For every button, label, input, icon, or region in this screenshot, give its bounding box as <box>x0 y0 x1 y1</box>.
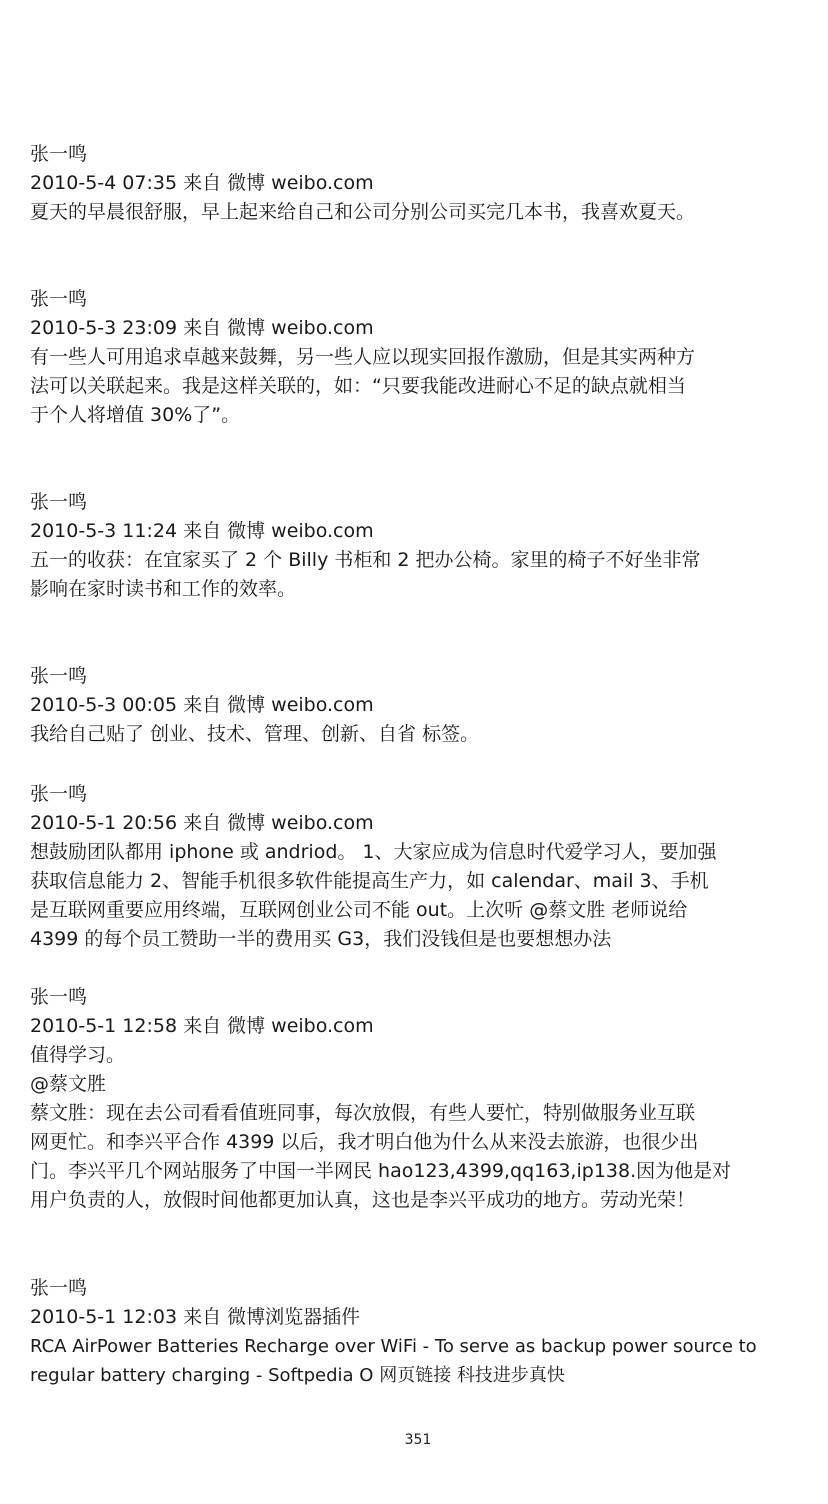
post-author: 张一鸣 <box>30 285 810 314</box>
post-body-line: 蔡文胜：现在去公司看看值班同事，每次放假，有些人要忙，特别做服务业互联 <box>30 1099 810 1128</box>
post: 张一鸣 2010-5-1 12:58 来自 微博 weibo.com 值得学习。… <box>30 983 810 1215</box>
post-meta: 2010-5-3 23:09 来自 微博 weibo.com <box>30 314 810 343</box>
post-body-line: 法可以关联起来。我是这样关联的，如：“只要我能改进耐心不足的缺点就相当 <box>30 372 810 401</box>
post-author: 张一鸣 <box>30 780 810 809</box>
page-number: 351 <box>0 1432 828 1448</box>
post: 张一鸣 2010-5-4 07:35 来自 微博 weibo.com 夏天的早晨… <box>30 140 810 227</box>
post-meta: 2010-5-3 00:05 来自 微博 weibo.com <box>30 691 810 720</box>
post-author: 张一鸣 <box>30 983 810 1012</box>
post-author: 张一鸣 <box>30 140 810 169</box>
post-body-line: 于个人将增值 30%了”。 <box>30 401 810 430</box>
post-body-line: 有一些人可用追求卓越来鼓舞，另一些人应以现实回报作激励，但是其实两种方 <box>30 343 810 372</box>
mention-link[interactable]: @蔡文胜 <box>30 1070 810 1099</box>
post: 张一鸣 2010-5-1 20:56 来自 微博 weibo.com 想鼓励团队… <box>30 780 810 954</box>
post-body-line: 想鼓励团队都用 iphone 或 andriod。 1、大家应成为信息时代爱学习… <box>30 838 810 867</box>
post-body-line: regular battery charging - Softpedia O 网… <box>30 1361 810 1390</box>
post-meta: 2010-5-1 12:58 来自 微博 weibo.com <box>30 1012 810 1041</box>
post-author: 张一鸣 <box>30 1274 810 1303</box>
post-body-line: 我给自己贴了 创业、技术、管理、创新、自省 标签。 <box>30 720 810 749</box>
post-body-line: 影响在家时读书和工作的效率。 <box>30 575 810 604</box>
post-body-line: 夏天的早晨很舒服，早上起来给自己和公司分别公司买完几本书，我喜欢夏天。 <box>30 198 810 227</box>
post-body-line: 4399 的每个员工赞助一半的费用买 G3，我们没钱但是也要想想办法 <box>30 925 810 954</box>
post-body-line: 值得学习。 <box>30 1041 810 1070</box>
post: 张一鸣 2010-5-3 00:05 来自 微博 weibo.com 我给自己贴… <box>30 662 810 749</box>
post-body-line: 门。李兴平几个网站服务了中国一半网民 hao123,4399,qq163,ip1… <box>30 1157 810 1186</box>
post-author: 张一鸣 <box>30 488 810 517</box>
post: 张一鸣 2010-5-1 12:03 来自 微博浏览器插件 RCA AirPow… <box>30 1274 810 1390</box>
post-meta: 2010-5-4 07:35 来自 微博 weibo.com <box>30 169 810 198</box>
post-body-line: 五一的收获：在宜家买了 2 个 Billy 书柜和 2 把办公椅。家里的椅子不好… <box>30 546 810 575</box>
post-body-line: 获取信息能力 2、智能手机很多软件能提高生产力，如 calendar、mail … <box>30 867 810 896</box>
post-body-line: 用户负责的人，放假时间他都更加认真，这也是李兴平成功的地方。劳动光荣！ <box>30 1186 810 1215</box>
post: 张一鸣 2010-5-3 23:09 来自 微博 weibo.com 有一些人可… <box>30 285 810 430</box>
post-meta: 2010-5-3 11:24 来自 微博 weibo.com <box>30 517 810 546</box>
post-author: 张一鸣 <box>30 662 810 691</box>
post: 张一鸣 2010-5-3 11:24 来自 微博 weibo.com 五一的收获… <box>30 488 810 604</box>
post-body-line: 网更忙。和李兴平合作 4399 以后，我才明白他为什么从来没去旅游，也很少出 <box>30 1128 810 1157</box>
post-meta: 2010-5-1 12:03 来自 微博浏览器插件 <box>30 1303 810 1332</box>
post-meta: 2010-5-1 20:56 来自 微博 weibo.com <box>30 809 810 838</box>
post-body-line: 是互联网重要应用终端，互联网创业公司不能 out。上次听 @蔡文胜 老师说给 <box>30 896 810 925</box>
post-body-line: RCA AirPower Batteries Recharge over WiF… <box>30 1332 810 1361</box>
